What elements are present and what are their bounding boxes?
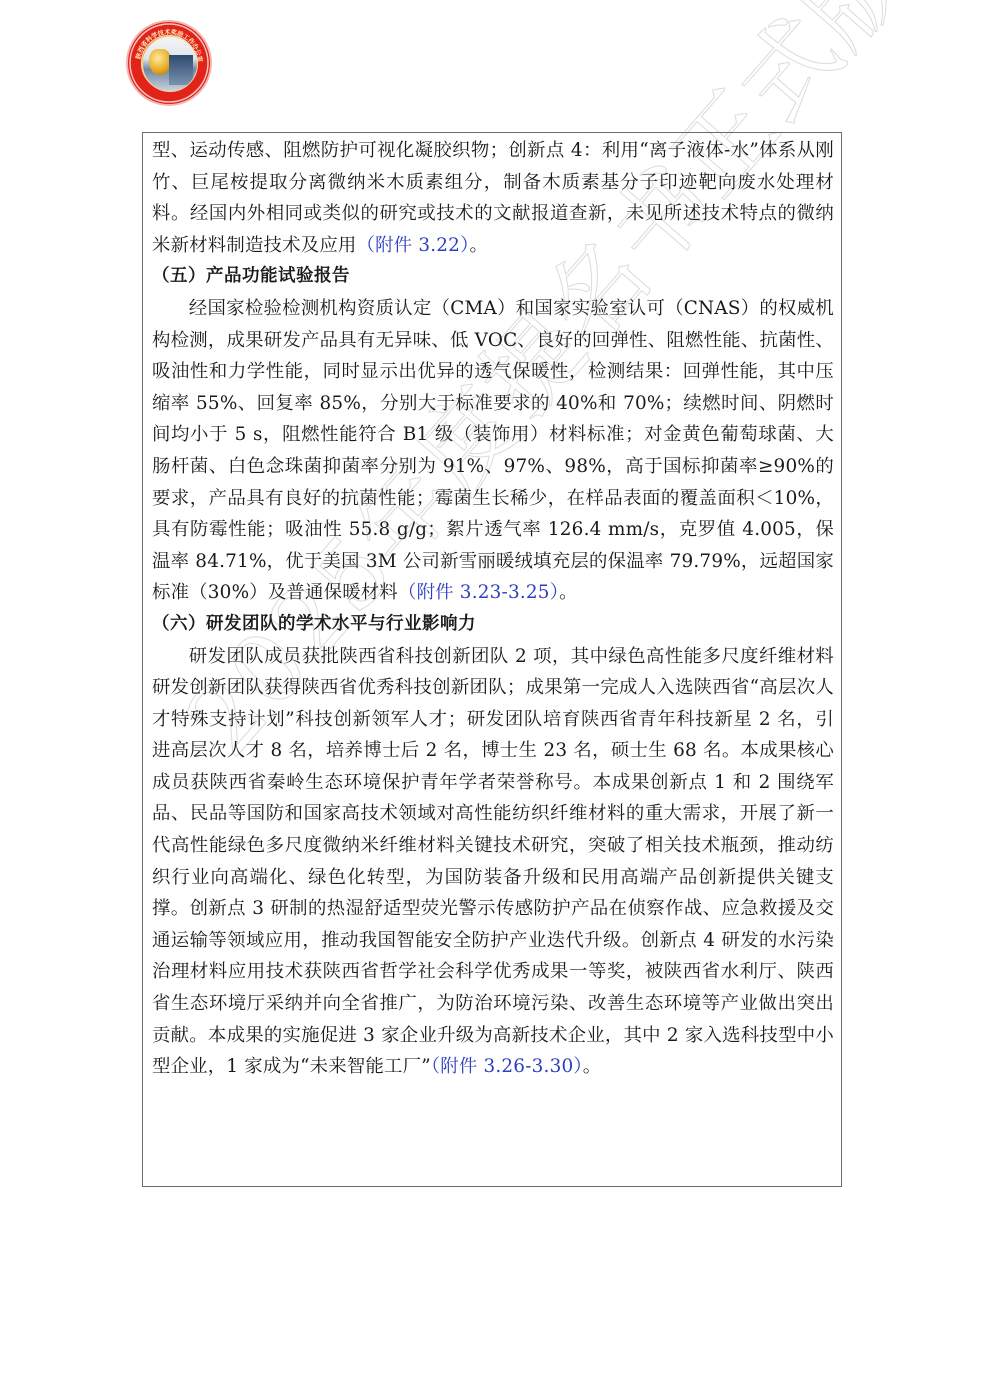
seal-emblem	[142, 36, 198, 92]
paragraph-text: 型、运动传感、阻燃防护可视化凝胶织物；创新点 4：利用“离子液体-水”体系从刚竹…	[152, 140, 834, 256]
building-icon	[169, 55, 193, 85]
product-test-paragraph: 经国家检验检测机构资质认定（CMA）和国家实验室认可（CNAS）的权威机构检测，…	[152, 293, 834, 609]
section-heading-research-team: （六）研发团队的学术水平与行业影响力	[152, 609, 834, 641]
attachment-reference-link[interactable]: （附件 3.23-3.25）	[398, 582, 559, 603]
attachment-reference-link[interactable]: （附件 3.26-3.30）	[431, 1056, 583, 1077]
section-heading-product-test-report: （五）产品功能试验报告	[152, 261, 834, 293]
attachment-reference-link[interactable]: （附件 3.22）	[357, 235, 470, 256]
research-team-paragraph: 研发团队成员获批陕西省科技创新团队 2 项，其中绿色高性能多尺度纤维材料研发创新…	[152, 641, 834, 1083]
punctuation: 。	[469, 235, 488, 256]
trophy-icon	[149, 49, 171, 75]
paragraph-text: 研发团队成员获批陕西省科技创新团队 2 项，其中绿色高性能多尺度纤维材料研发创新…	[152, 646, 834, 1078]
organization-seal-logo: 陕西省科学技术奖励工作办公室 · · · · · · · · · · · · ·…	[128, 22, 210, 104]
continuation-paragraph: 型、运动传感、阻燃防护可视化凝胶织物；创新点 4：利用“离子液体-水”体系从刚竹…	[152, 135, 834, 261]
punctuation: 。	[559, 582, 578, 603]
punctuation: 。	[583, 1056, 602, 1077]
paragraph-text: 经国家检验检测机构资质认定（CMA）和国家实验室认可（CNAS）的权威机构检测，…	[152, 298, 834, 603]
document-body: 型、运动传感、阻燃防护可视化凝胶织物；创新点 4：利用“离子液体-水”体系从刚竹…	[152, 135, 834, 1083]
